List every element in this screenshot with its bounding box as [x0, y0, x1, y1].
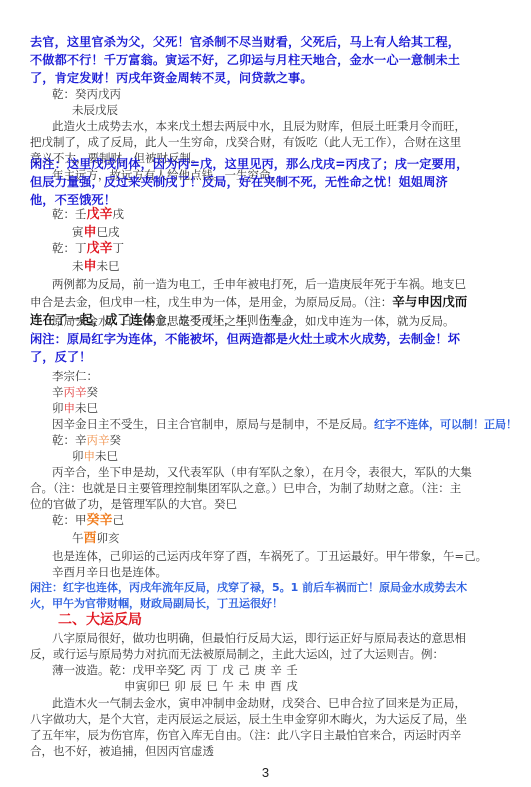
bazi-chart-stems: 乾：辛丙辛癸 — [52, 432, 121, 448]
bazi-chart-stems: 乾：甲癸辛己 — [52, 512, 124, 529]
highlight-red: 丙辛 — [64, 385, 87, 399]
bazi-chart-branches: 未申未巳 — [72, 258, 120, 275]
page-number: 3 — [0, 765, 531, 780]
highlight-red: 戊辛 — [87, 207, 113, 222]
body-paragraph: 丙辛合，坐下申是劫，又代表军队（申有军队之象），在月令，表很大，军队的大集合。（… — [30, 464, 472, 512]
bazi-chart-stems: 乾：壬戊辛戌 — [52, 206, 124, 223]
section-heading: 二、大运反局 — [58, 609, 142, 629]
document-page: 去官，这里官杀为父，父死！官杀制不尽当财看，父死后，马上有人给其工程，不做都不行… — [0, 0, 531, 787]
bazi-chart-branches: 申寅卯巳 — [124, 678, 170, 694]
person-name: 李宗仁： — [52, 368, 98, 384]
body-paragraph: 因辛金日主不受生，日主合官制申，原局与是制申，不是反局。红字不连体，可以制！正局… — [52, 416, 517, 433]
bazi-chart-stems: 辛丙辛癸 — [52, 384, 98, 400]
bazi-chart-branches: 卯申未巳 — [52, 400, 98, 416]
highlight-red: 戊辛 — [87, 241, 113, 256]
bazi-chart-stems: 乾：丁戊辛丁 — [52, 240, 124, 257]
bazi-chart-branches: 寅申巳戌 — [72, 224, 120, 241]
bazi-chart-branches: 未辰戊辰 — [72, 102, 118, 118]
bazi-chart-stems: 薄一波造。乾：戊甲辛癸 — [52, 662, 179, 678]
highlight-orange: 酉 — [84, 531, 97, 546]
body-paragraph: 也是连体，己卯运的己运丙戌年穿了酉，车祸死了。丁丑运最好。甲午带象，午=己。 — [52, 548, 487, 564]
dayun-stems: 乙丙丁戊己庚辛壬 — [172, 662, 300, 678]
body-paragraph: 原局去金水，日主的意思是受戊土之生，土生金，如戊申连为一体，就为反局。 — [30, 313, 472, 329]
note-inline: 红字不连体，可以制！正局！ — [374, 418, 517, 431]
note-paragraph: 去官，这里官杀为父，父死！官杀制不尽当财看，父死后，马上有人给其工程，不做都不行… — [30, 33, 472, 87]
highlight-orange: 癸辛 — [87, 513, 113, 528]
note-paragraph: 闲注：红字也连体，丙戌年流年反局，戌穿了禄，5。1 前后车祸而亡！原局金水成势去… — [30, 580, 472, 612]
highlight-red: 申 — [64, 401, 76, 415]
note-paragraph: 闲注：这里戊戌同体，因为丙=戊，这里见丙，那么戊戌=丙戌了；戌一定要用，但辰力量… — [30, 155, 472, 209]
body-paragraph: 八字原局很好，做功也明确，但最怕行反局大运，即行运正好与原局表达的意思相反，或行… — [30, 630, 472, 662]
highlight-red: 申 — [84, 259, 97, 274]
bazi-chart-branches: 卯申未巳 — [72, 448, 118, 464]
bazi-chart-stems: 乾：癸丙戊丙 — [52, 86, 121, 102]
highlight-red: 申 — [84, 225, 97, 240]
body-paragraph: 辛酉月辛日也是连体。 — [52, 564, 167, 580]
highlight-orange: 丙辛 — [87, 433, 110, 447]
highlight-orange: 申 — [84, 449, 96, 463]
note-paragraph: 闲注：原局红字为连体，不能被坏，但两造都是火灶土或木火成势，去制金！坏了，反了！ — [30, 330, 472, 366]
dayun-branches: 卯辰巳午未申酉戌 — [172, 678, 300, 694]
bazi-chart-branches: 午酉卯亥 — [72, 530, 120, 547]
body-paragraph: 此造木火一气制去金水，寅申冲制申金劫财，戊癸合、巳申合拉了回来是为正局，八字做功… — [30, 695, 472, 759]
